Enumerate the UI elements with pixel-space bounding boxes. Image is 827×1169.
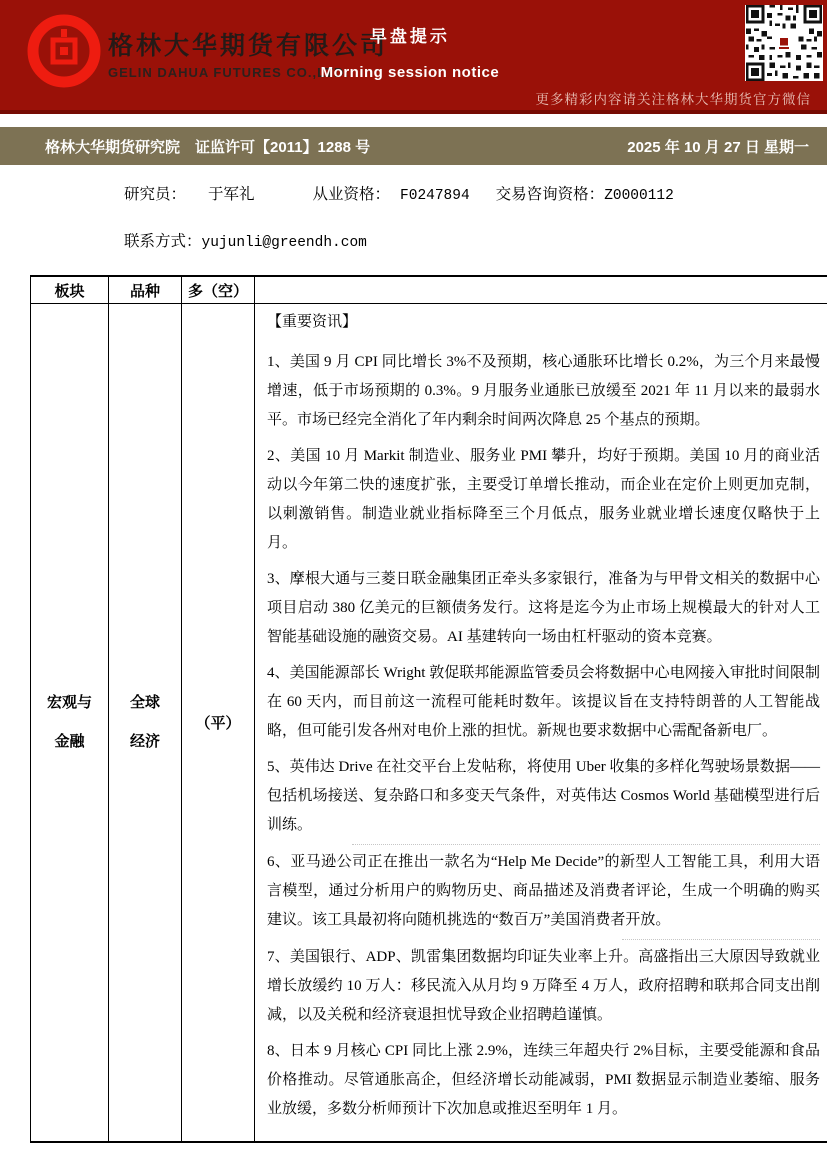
info-bar: 格林大华期货研究院 证监许可【2011】1288 号 2025 年 10 月 2… (0, 127, 827, 165)
qr-caption: 更多精彩内容请关注格林大华期货官方微信 (536, 88, 812, 108)
news-paragraph-5: 5、英伟达 Drive 在社交平台上发帖称，将使用 Uber 收集的多样化驾驶场… (267, 753, 820, 840)
header-banner: 格林大华期货有限公司 GELIN DAHUA FUTURES CO.,LTD. … (0, 0, 827, 114)
news-paragraph-7: 7、美国银行、ADP、凯雷集团数据均印证失业率上升。高盛指出三大原因导致就业增长… (267, 943, 820, 1030)
col-header-content (255, 276, 827, 304)
dotted-line (352, 844, 820, 845)
banner-gap (0, 114, 827, 127)
news-paragraph-4: 4、美国能源部长 Wright 敦促联邦能源监管委员会将数据中心电网接入审批时间… (267, 659, 820, 746)
notice-title: 早盘提示 (321, 22, 500, 47)
dotted-line (622, 939, 820, 940)
researcher-info: 研究员： 于军礼 从业资格： F0247894 交易咨询资格： Z0000112… (124, 182, 827, 249)
variety-line-1: 全球 (110, 693, 180, 713)
report-date: 2025 年 10 月 27 日 星期一 (627, 136, 809, 157)
researcher-line-2: 联系方式： yujunli@greendh.com (124, 229, 827, 249)
researcher-line-1: 研究员： 于军礼 从业资格： F0247894 交易咨询资格： Z0000112 (124, 182, 827, 202)
content-cell: 【重要资讯】 1、美国 9 月 CPI 同比增长 3%不及预期，核心通胀环比增长… (255, 304, 827, 1143)
sector-line-2: 金融 (32, 732, 107, 752)
table-row: 宏观与 金融 全球 经济 （平） 【重要资讯】 1、美国 9 月 CPI 同比增… (31, 304, 827, 1143)
table-header-row: 板块 品种 多（空） (31, 276, 827, 304)
news-paragraph-1: 1、美国 9 月 CPI 同比增长 3%不及预期，核心通胀环比增长 0.2%，为… (267, 348, 820, 435)
col-header-position: 多（空） (182, 276, 255, 304)
notice-title-block: 早盘提示 Morning session notice (321, 22, 500, 81)
contact-email: yujunli@greendh.com (202, 235, 367, 251)
important-news-title: 【重要资讯】 (267, 311, 820, 333)
researcher-name: 于军礼 (208, 182, 255, 204)
advisory-label: 交易咨询资格： (496, 182, 605, 204)
news-paragraph-3: 3、摩根大通与三菱日联金融集团正牵头多家银行，准备为与甲骨文相关的数据中心项目启… (267, 565, 820, 652)
sector-cell: 宏观与 金融 (31, 304, 109, 1143)
advisory-number: Z0000112 (604, 188, 674, 204)
position-cell: （平） (182, 304, 255, 1143)
institute-license: 格林大华期货研究院 证监许可【2011】1288 号 (45, 136, 370, 157)
variety-line-2: 经济 (110, 732, 180, 752)
news-paragraph-2: 2、美国 10 月 Markit 制造业、服务业 PMI 攀升，均好于预期。美国… (267, 442, 820, 558)
qualification-label: 从业资格： (313, 182, 391, 204)
company-logo-icon (26, 13, 102, 89)
content-table: 板块 品种 多（空） 宏观与 金融 全球 经济 （平） 【重要资讯】 1、美国 … (30, 275, 827, 1143)
variety-cell: 全球 经济 (109, 304, 182, 1143)
news-paragraph-8: 8、日本 9 月核心 CPI 同比上涨 2.9%，连续三年超央行 2%目标，主要… (267, 1037, 820, 1124)
qr-code-image (745, 5, 823, 81)
sector-line-1: 宏观与 (32, 693, 107, 713)
morning-notice-document: { "header": { "company_name_cn": "格林大华期货… (0, 0, 827, 1169)
notice-subtitle: Morning session notice (321, 64, 500, 81)
researcher-label: 研究员： (124, 182, 186, 204)
col-header-sector: 板块 (31, 276, 109, 304)
qualification-number: F0247894 (400, 188, 470, 204)
news-paragraph-6: 6、亚马逊公司正在推出一款名为“Help Me Decide”的新型人工智能工具… (267, 848, 820, 935)
contact-label: 联系方式： (124, 229, 202, 251)
col-header-variety: 品种 (109, 276, 182, 304)
